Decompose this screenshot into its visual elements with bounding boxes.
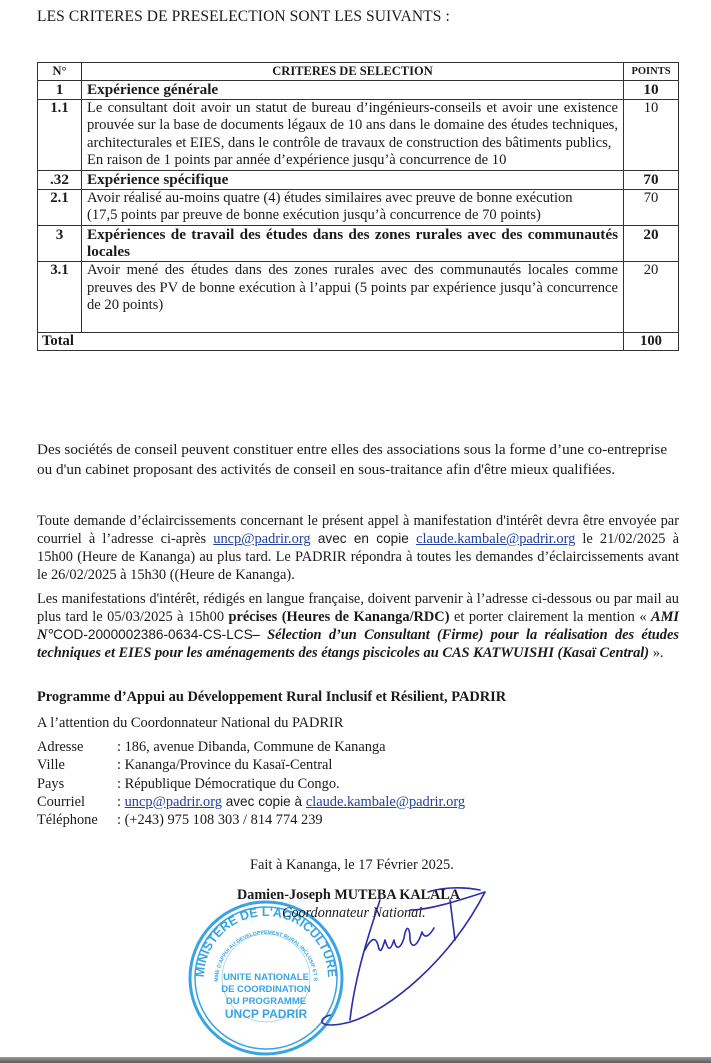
header-criteria: CRITERES DE SELECTION	[82, 63, 624, 81]
criteria-scoring: En raison de 1 points par année d’expéri…	[87, 152, 618, 170]
selection-criteria-table: N° CRITERES DE SELECTION POINTS 1 Expéri…	[37, 62, 679, 351]
text: et porter clairement la mention «	[450, 609, 652, 625]
phone-value: : (+243) 975 108 303 / 814 774 239	[117, 811, 323, 829]
consortium-paragraph: Des sociétés de conseil peuvent constitu…	[37, 440, 679, 479]
address-row: Pays : République Démocratique du Congo.	[37, 775, 465, 793]
row-criteria: Avoir mené des études dans des zones rur…	[82, 261, 624, 332]
phone-row: Téléphone : (+243) 975 108 303 / 814 774…	[37, 811, 465, 829]
row-criteria: Le consultant doit avoir un statut de bu…	[82, 99, 624, 170]
table-row: 2.1 Avoir réalisé au-moins quatre (4) ét…	[38, 189, 679, 225]
table-row: .32 Expérience spécifique 70	[38, 170, 679, 189]
row-number: 1	[38, 81, 82, 100]
spacer	[87, 315, 618, 332]
table-header-row: N° CRITERES DE SELECTION POINTS	[38, 63, 679, 81]
row-points: 20	[624, 261, 679, 332]
address-value: : Kananga/Province du Kasaï-Central	[117, 756, 332, 774]
submission-paragraph: Les manifestations d'intérêt, rédigés en…	[37, 590, 679, 662]
total-row: Total 100	[38, 332, 679, 351]
text: avec en copie	[311, 531, 417, 546]
ami-reference: COD-2000002386-0634-CS-LCS	[53, 627, 253, 642]
row-points: 70	[624, 189, 679, 225]
text: :	[117, 794, 125, 810]
table-row: 1.1 Le consultant doit avoir un statut d…	[38, 99, 679, 170]
row-points: 10	[624, 81, 679, 100]
address-label: Pays	[37, 775, 117, 793]
email-row: Courriel : uncp@padrir.org avec copie à …	[37, 793, 465, 811]
header-points: POINTS	[624, 63, 679, 81]
address-value: : 186, avenue Dibanda, Commune de Kanang…	[117, 738, 386, 756]
row-points: 10	[624, 99, 679, 170]
total-label: Total	[38, 332, 624, 351]
header-number: N°	[38, 63, 82, 81]
stamp-line: UNCP PADRIR	[225, 1007, 308, 1021]
program-name: Programme d’Appui au Développement Rural…	[37, 689, 506, 706]
address-label: Ville	[37, 756, 117, 774]
table-row: 3.1 Avoir mené des études dans des zones…	[38, 261, 679, 332]
email-link-claude[interactable]: claude.kambale@padrir.org	[416, 531, 575, 547]
address-value: : République Démocratique du Congo.	[117, 775, 340, 793]
address-block: Adresse : 186, avenue Dibanda, Commune d…	[37, 738, 465, 829]
row-criteria: Expériences de travail des études dans d…	[82, 225, 624, 261]
attention-line: A l’attention du Coordonnateur National …	[37, 715, 343, 732]
place-date: Fait à Kananga, le 17 Février 2025.	[250, 857, 454, 874]
criteria-text: Avoir mené des études dans des zones rur…	[87, 262, 618, 315]
criteria-text: Le consultant doit avoir un statut de bu…	[87, 100, 618, 153]
row-criteria: Expérience générale	[82, 81, 624, 100]
clarification-paragraph: Toute demande d’éclaircissements concern…	[37, 512, 679, 584]
row-criteria: Expérience spécifique	[82, 170, 624, 189]
row-number: 3.1	[38, 261, 82, 332]
address-label: Adresse	[37, 738, 117, 756]
stamp-line: DE COORDINATION	[221, 984, 311, 995]
address-row: Ville : Kananga/Province du Kasaï-Centra…	[37, 756, 465, 774]
email-link-uncp[interactable]: uncp@padrir.org	[125, 794, 222, 810]
page-bottom-edge	[0, 1057, 711, 1063]
stamp-line: UNITE NATIONALE	[223, 972, 309, 983]
row-number: 3	[38, 225, 82, 261]
email-label: Courriel	[37, 793, 117, 811]
criteria-heading: LES CRITERES DE PRESELECTION SONT LES SU…	[37, 8, 450, 26]
email-link-uncp[interactable]: uncp@padrir.org	[213, 531, 310, 547]
row-points: 20	[624, 225, 679, 261]
total-points: 100	[624, 332, 679, 351]
row-number: 2.1	[38, 189, 82, 225]
table-row: 3 Expériences de travail des études dans…	[38, 225, 679, 261]
row-number: 1.1	[38, 99, 82, 170]
text: ».	[649, 645, 663, 661]
phone-label: Téléphone	[37, 811, 117, 829]
table-row: 1 Expérience générale 10	[38, 81, 679, 100]
email-link-claude[interactable]: claude.kambale@padrir.org	[306, 794, 465, 810]
deadline-emphasis: précises (Heures de Kananga/RDC)	[229, 609, 450, 625]
criteria-text: Avoir réalisé au-moins quatre (4) études…	[87, 190, 618, 208]
address-row: Adresse : 186, avenue Dibanda, Commune d…	[37, 738, 465, 756]
row-number: .32	[38, 170, 82, 189]
handwritten-signature	[310, 880, 500, 1030]
email-value: : uncp@padrir.org avec copie à claude.ka…	[117, 793, 465, 811]
text: avec copie à	[222, 794, 306, 809]
criteria-scoring: (17,5 points par preuve de bonne exécuti…	[87, 207, 618, 225]
row-points: 70	[624, 170, 679, 189]
row-criteria: Avoir réalisé au-moins quatre (4) études…	[82, 189, 624, 225]
stamp-line: DU PROGRAMME	[226, 996, 306, 1007]
